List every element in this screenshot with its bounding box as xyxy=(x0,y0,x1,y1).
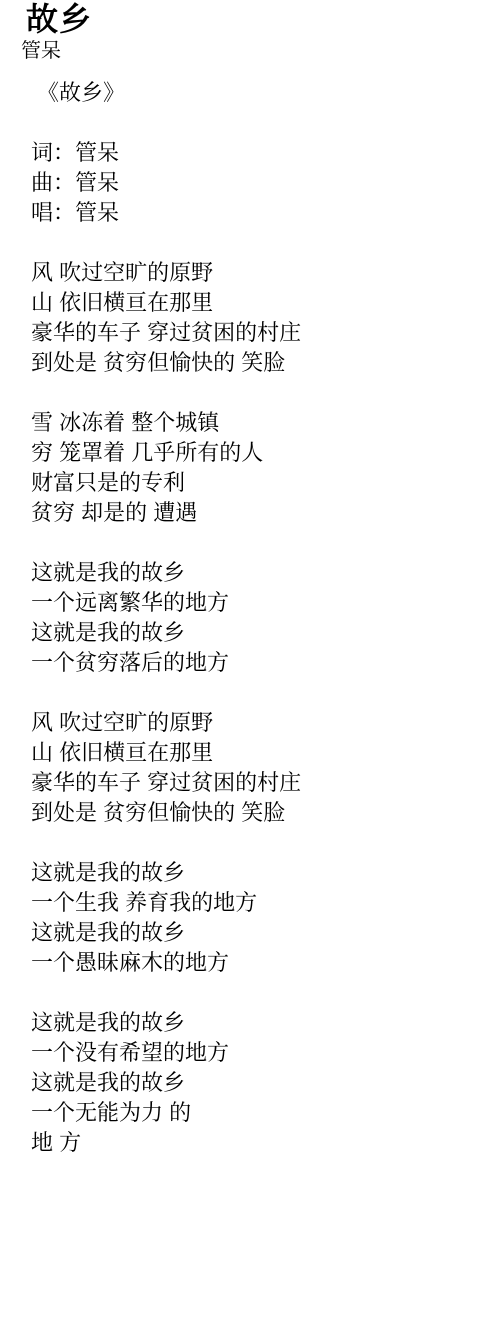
lyric-line: 一个生我 养育我的地方 xyxy=(31,888,500,918)
lyric-line: 风 吹过空旷的原野 xyxy=(31,708,500,738)
lyric-line: 豪华的车子 穿过贫困的村庄 xyxy=(31,768,500,798)
lyrics-heading-block: 《故乡》 xyxy=(31,78,500,108)
lyric-line: 雪 冰冻着 整个城镇 xyxy=(31,408,500,438)
verse-2: 雪 冰冻着 整个城镇 穷 笼罩着 几乎所有的人 财富只是的专利 贫穷 却是的 遭… xyxy=(31,408,500,528)
credit-line-composer: 曲：管呆 xyxy=(31,168,500,198)
lyric-line: 这就是我的故乡 xyxy=(31,618,500,648)
lyric-line: 贫穷 却是的 遭遇 xyxy=(31,498,500,528)
lyric-line: 这就是我的故乡 xyxy=(31,1068,500,1098)
lyric-line: 这就是我的故乡 xyxy=(31,1008,500,1038)
lyric-line: 一个贫穷落后的地方 xyxy=(31,648,500,678)
verse-6: 这就是我的故乡 一个没有希望的地方 这就是我的故乡 一个无能为力 的 地 方 xyxy=(31,1008,500,1158)
verse-1: 风 吹过空旷的原野 山 依旧横亘在那里 豪华的车子 穿过贫困的村庄 到处是 贫穷… xyxy=(31,258,500,378)
lyric-line: 豪华的车子 穿过贫困的村庄 xyxy=(31,318,500,348)
verse-3: 这就是我的故乡 一个远离繁华的地方 这就是我的故乡 一个贫穷落后的地方 xyxy=(31,558,500,678)
lyric-line: 风 吹过空旷的原野 xyxy=(31,258,500,288)
artist-name: 管呆 xyxy=(21,39,500,63)
page-title: 故乡 xyxy=(26,2,500,36)
lyric-line: 到处是 贫穷但愉快的 笑脸 xyxy=(31,798,500,828)
lyric-line: 财富只是的专利 xyxy=(31,468,500,498)
lyric-line: 一个远离繁华的地方 xyxy=(31,588,500,618)
lyric-line: 一个没有希望的地方 xyxy=(31,1038,500,1068)
credits-block: 词：管呆 曲：管呆 唱：管呆 xyxy=(31,138,500,228)
lyrics-title: 《故乡》 xyxy=(31,78,500,108)
lyric-line: 穷 笼罩着 几乎所有的人 xyxy=(31,438,500,468)
lyrics-body: 《故乡》 词：管呆 曲：管呆 唱：管呆 风 吹过空旷的原野 山 依旧横亘在那里 … xyxy=(0,78,500,1158)
verse-4: 风 吹过空旷的原野 山 依旧横亘在那里 豪华的车子 穿过贫困的村庄 到处是 贫穷… xyxy=(31,708,500,828)
lyric-line: 地 方 xyxy=(31,1128,500,1158)
credit-line-singer: 唱：管呆 xyxy=(31,198,500,228)
credit-line-lyricist: 词：管呆 xyxy=(31,138,500,168)
lyric-line: 到处是 贫穷但愉快的 笑脸 xyxy=(31,348,500,378)
lyric-line: 山 依旧横亘在那里 xyxy=(31,288,500,318)
lyric-line: 山 依旧横亘在那里 xyxy=(31,738,500,768)
lyric-line: 这就是我的故乡 xyxy=(31,558,500,588)
lyric-line: 一个无能为力 的 xyxy=(31,1098,500,1128)
lyric-line: 这就是我的故乡 xyxy=(31,858,500,888)
lyric-line: 这就是我的故乡 xyxy=(31,918,500,948)
lyric-line: 一个愚昧麻木的地方 xyxy=(31,948,500,978)
verse-5: 这就是我的故乡 一个生我 养育我的地方 这就是我的故乡 一个愚昧麻木的地方 xyxy=(31,858,500,978)
